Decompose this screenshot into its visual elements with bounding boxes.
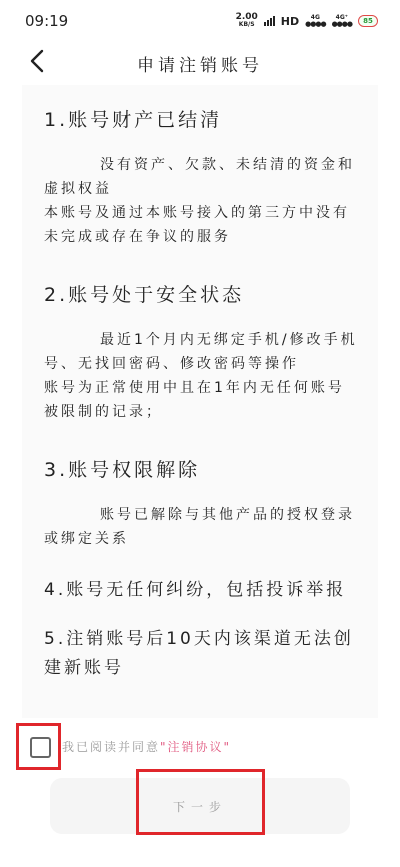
status-icons: 2.00 KB/S HD 4G ●●●● 4G⁺ ●●●● 85 — [236, 13, 378, 29]
requirements-card: 1.账号财产已结清 没有资产、欠款、未结清的资金和虚拟权益 本账号及通过本账号接… — [22, 85, 378, 718]
sim2-signal-icon: 4G⁺ ●●●● — [332, 14, 352, 28]
page-header: 申请注销账号 — [0, 40, 400, 85]
sim1-signal-icon: 4G ●●●● — [305, 14, 325, 28]
cancellation-agreement-link[interactable]: "注销协议" — [160, 740, 231, 754]
section-1-paragraph-2: 本账号及通过本账号接入的第三方中没有未完成或存在争议的服务 — [44, 201, 360, 249]
network-speed: 2.00 KB/S — [236, 13, 258, 29]
section-1-paragraph-1: 没有资产、欠款、未结清的资金和虚拟权益 — [44, 153, 360, 201]
agreement-label: 我已阅读并同意 — [62, 740, 160, 754]
section-2-paragraph-2: 账号为正常使用中且在1年内无任何账号被限制的记录； — [44, 376, 360, 424]
status-time: 09:19 — [25, 12, 68, 30]
hd-volte-icon: HD — [281, 15, 299, 28]
section-title-4: 4.账号无任何纠纷，包括投诉举报 — [44, 576, 360, 605]
page-title: 申请注销账号 — [0, 51, 400, 76]
section-title-2: 2.账号处于安全状态 — [44, 282, 360, 308]
next-button-container: 下一步 — [50, 778, 350, 834]
section-2-paragraph-1: 最近1个月内无绑定手机/修改手机号、无找回密码、修改密码等操作 — [44, 328, 360, 376]
section-title-5: 5.注销账号后10天内该渠道无法创建新账号 — [44, 625, 360, 683]
section-title-3: 3.账号权限解除 — [44, 457, 360, 483]
status-bar: 09:19 2.00 KB/S HD 4G ●●●● 4G⁺ ●●●● 85 — [0, 0, 400, 40]
agree-checkbox[interactable] — [30, 737, 51, 758]
agreement-row: 我已阅读并同意"注销协议" — [0, 725, 400, 769]
section-3-paragraph-1: 账号已解除与其他产品的授权登录或绑定关系 — [44, 503, 360, 551]
section-title-1: 1.账号财产已结清 — [44, 107, 360, 133]
agreement-text: 我已阅读并同意"注销协议" — [62, 738, 231, 755]
wifi-signal-icon — [264, 16, 275, 26]
battery-icon: 85 — [358, 15, 378, 27]
next-step-button[interactable]: 下一步 — [50, 778, 350, 834]
